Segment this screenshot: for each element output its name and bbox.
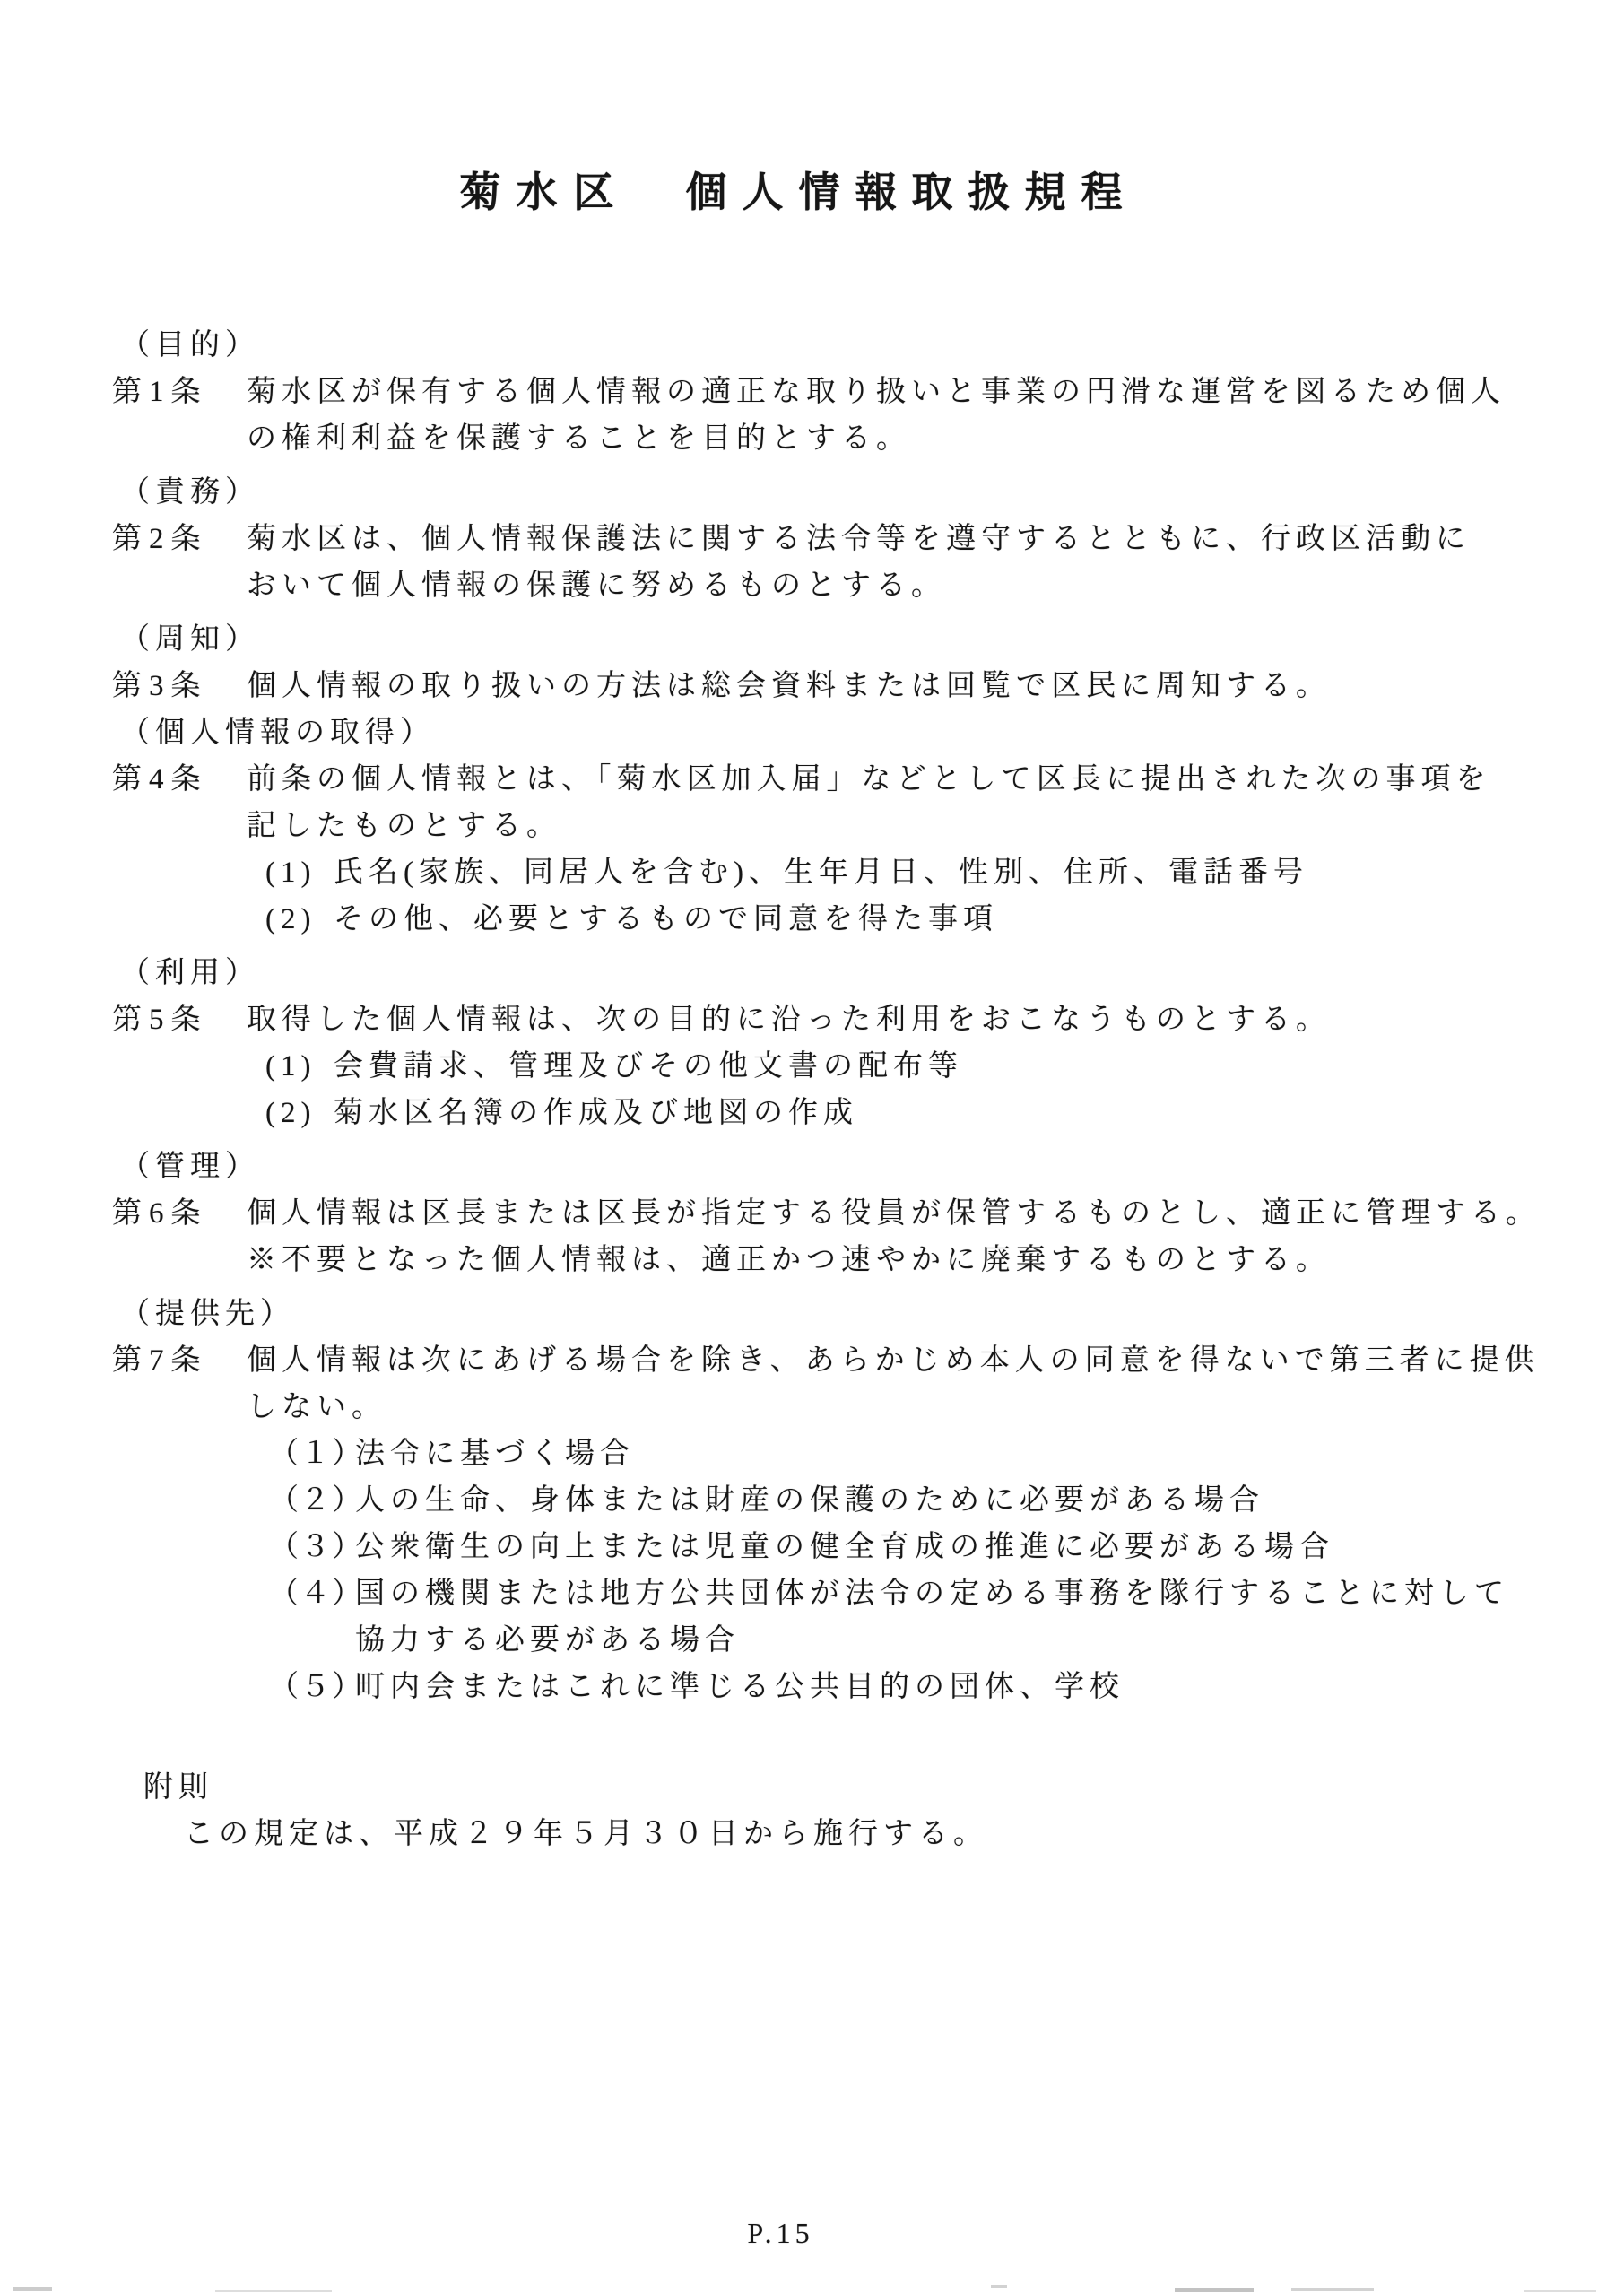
article-5-text: 取得した個人情報は、次の目的に沿った利用をおこなうものとする。 (247, 1004, 1331, 1036)
document-body: （目的） 第1条菊水区が保有する個人情報の適正な取り扱いと事業の円滑な運営を図る… (0, 322, 1624, 1857)
article-7-item-2-number: （２） (269, 1477, 355, 1524)
article-4-number: 第4条 (112, 756, 247, 803)
article-4-item-2-text: その他、必要とするもので同意を得た事項 (334, 903, 998, 935)
supplementary-provisions-heading: 附則 (0, 1764, 1624, 1811)
article-7: 第7条個人情報は次にあげる場合を除き、あらかじめ本人の同意を得ないで第三者に提供 (0, 1337, 1624, 1384)
article-1-number: 第1条 (112, 369, 247, 415)
article-7-item-1-number: （１） (269, 1431, 355, 1477)
article-6-text: 個人情報は区長または区長が指定する役員が保管するものとし、適正に管理する。 (247, 1197, 1541, 1230)
article-7-item-3-number: （３） (269, 1524, 355, 1570)
article-7-item-5: （５）町内会またはこれに準じる公共目的の団体、学校 (0, 1664, 1624, 1710)
article-3: 第3条個人情報の取り扱いの方法は総会資料または回覧で区民に周知する。 (0, 663, 1624, 709)
article-5-item-2-number: (2) (265, 1090, 334, 1136)
article-5: 第5条取得した個人情報は、次の目的に沿った利用をおこなうものとする。 (0, 996, 1624, 1043)
document-title: 菊水区 個人情報取扱規程 (0, 166, 1611, 220)
article-7-item-1: （１）法令に基づく場合 (0, 1431, 1624, 1477)
article-7-item-4: （４）国の機関または地方公共団体が法令の定める事務を隊行することに対して (0, 1570, 1624, 1617)
scan-artifact (13, 2287, 52, 2291)
article-5-item-2: (2)菊水区名簿の作成及び地図の作成 (0, 1090, 1624, 1136)
article-4-item-2-number: (2) (265, 896, 334, 943)
article-2-continuation: おいて個人情報の保護に努めるものとする。 (0, 562, 1624, 609)
article-7-item-3: （３）公衆衛生の向上または児童の健全育成の推進に必要がある場合 (0, 1524, 1624, 1570)
article-2-number: 第2条 (112, 516, 247, 562)
article-7-item-2-text: 人の生命、身体または財産の保護のために必要がある場合 (355, 1484, 1264, 1517)
article-6: 第6条個人情報は区長または区長が指定する役員が保管するものとし、適正に管理する。 (0, 1190, 1624, 1237)
section-heading-notice: （周知） (0, 616, 1624, 663)
article-7-item-2: （２）人の生命、身体または財産の保護のために必要がある場合 (0, 1477, 1624, 1524)
article-3-number: 第3条 (112, 663, 247, 709)
article-1: 第1条菊水区が保有する個人情報の適正な取り扱いと事業の円滑な運営を図るため個人 (0, 369, 1624, 415)
article-5-number: 第5条 (112, 996, 247, 1043)
scan-artifact (1524, 2290, 1596, 2292)
article-7-item-1-text: 法令に基づく場合 (355, 1438, 635, 1470)
article-3-text: 個人情報の取り扱いの方法は総会資料または回覧で区民に周知する。 (247, 670, 1331, 702)
article-6-note: ※不要となった個人情報は、適正かつ速やかに廃棄するものとする。 (0, 1237, 1624, 1283)
article-7-item-4-text: 国の機関または地方公共団体が法令の定める事務を隊行することに対して (355, 1578, 1509, 1610)
article-4: 第4条前条の個人情報とは、「菊水区加入届」などとして区長に提出された次の事項を (0, 756, 1624, 803)
page-number: P.15 (0, 2217, 1624, 2250)
article-7-item-5-text: 町内会またはこれに準じる公共目的の団体、学校 (355, 1671, 1125, 1703)
article-7-item-4-number: （４） (269, 1570, 355, 1617)
article-7-item-5-number: （５） (269, 1664, 355, 1710)
article-7-item-4-continuation: 協力する必要がある場合 (0, 1617, 1624, 1664)
scan-artifact (215, 2290, 332, 2292)
article-6-number: 第6条 (112, 1190, 247, 1237)
article-7-continuation: しない。 (0, 1384, 1624, 1431)
article-4-item-1: (1)氏名(家族、同居人を含む)、生年月日、性別、住所、電話番号 (0, 849, 1624, 896)
article-4-continuation: 記したものとする。 (0, 803, 1624, 849)
scan-artifact (1291, 2288, 1374, 2291)
scan-artifact (991, 2285, 1007, 2288)
section-heading-use: （利用） (0, 950, 1624, 996)
article-2: 第2条菊水区は、個人情報保護法に関する法令等を遵守するとともに、行政区活動に (0, 516, 1624, 562)
section-heading-purpose: （目的） (0, 322, 1624, 369)
article-7-text: 個人情報は次にあげる場合を除き、あらかじめ本人の同意を得ないで第三者に提供 (247, 1344, 1540, 1377)
article-4-text: 前条の個人情報とは、「菊水区加入届」などとして区長に提出された次の事項を (247, 763, 1491, 796)
article-5-item-1: (1)会費請求、管理及びその他文書の配布等 (0, 1043, 1624, 1090)
article-5-item-1-text: 会費請求、管理及びその他文書の配布等 (334, 1050, 963, 1083)
article-2-text: 菊水区は、個人情報保護法に関する法令等を遵守するとともに、行政区活動に (247, 523, 1471, 555)
section-heading-duty: （責務） (0, 469, 1624, 516)
article-1-text: 菊水区が保有する個人情報の適正な取り扱いと事業の円滑な運営を図るため個人 (247, 376, 1506, 408)
section-heading-management: （管理） (0, 1144, 1624, 1190)
scan-artifact (1175, 2288, 1254, 2292)
article-1-continuation: の権利利益を保護することを目的とする。 (0, 415, 1624, 462)
article-5-item-1-number: (1) (265, 1043, 334, 1090)
section-heading-acquisition: （個人情報の取得） (0, 709, 1624, 756)
article-4-item-1-text: 氏名(家族、同居人を含む)、生年月日、性別、住所、電話番号 (334, 857, 1308, 889)
article-4-item-2: (2)その他、必要とするもので同意を得た事項 (0, 896, 1624, 943)
article-7-item-3-text: 公衆衛生の向上または児童の健全育成の推進に必要がある場合 (355, 1531, 1334, 1563)
article-7-number: 第7条 (112, 1337, 247, 1384)
section-heading-provision: （提供先） (0, 1291, 1624, 1337)
supplementary-provisions-text: この規定は、平成２９年５月３０日から施行する。 (0, 1811, 1624, 1857)
article-4-item-1-number: (1) (265, 849, 334, 896)
article-5-item-2-text: 菊水区名簿の作成及び地図の作成 (334, 1097, 858, 1129)
document-page: 菊水区 個人情報取扱規程 （目的） 第1条菊水区が保有する個人情報の適正な取り扱… (0, 0, 1624, 2296)
